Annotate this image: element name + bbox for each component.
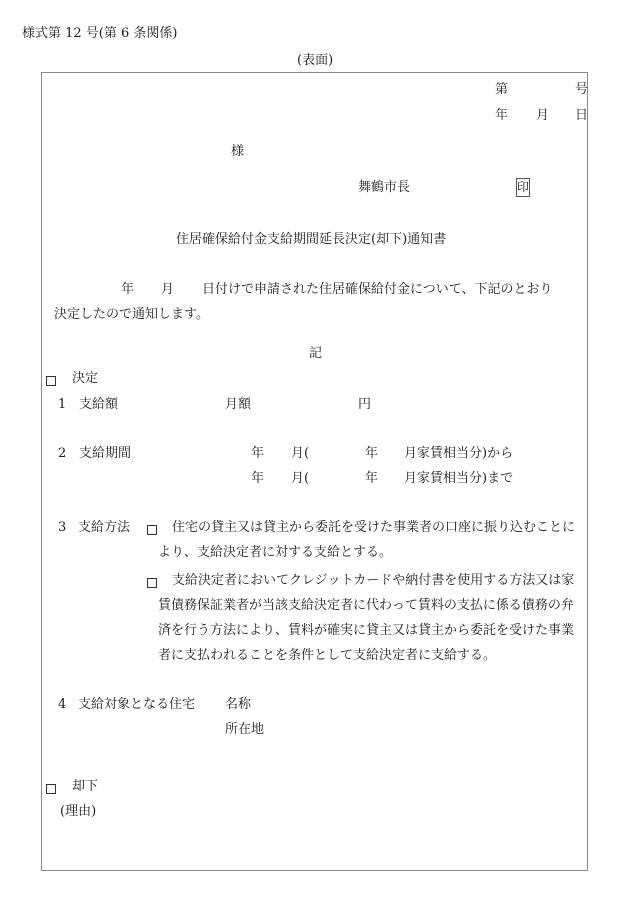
housing-name-label: 名称 — [225, 697, 251, 713]
form-number: 様式第 12 号(第 6 条関係) — [22, 26, 178, 42]
method-option-1-line-1: 住宅の貸主又は貸主から委託を受けた事業者の口座に振り込むことに — [172, 520, 575, 536]
period-from-month: 月( — [291, 446, 309, 462]
body-line1: 日付けで申請された住居確保給付金について、下記のとおり — [202, 282, 552, 298]
item-3-number: 3 — [58, 520, 66, 536]
record-heading: 記 — [309, 346, 322, 362]
checkbox-icon — [147, 578, 157, 588]
item-3-label: 支給方法 — [78, 520, 130, 536]
method-option-2-line-4: 者に支払われることを条件として支給決定者に支給する。 — [158, 648, 496, 664]
method-option-2-checkbox[interactable] — [147, 576, 157, 591]
item-4-label: 支給対象となる住宅 — [78, 697, 195, 713]
method-option-1-line-2: より、支給決定者に対する支給とする。 — [158, 545, 392, 561]
item-2-label: 支給期間 — [79, 446, 131, 462]
amount-unit: 円 — [358, 397, 371, 413]
period-to-rent-rest: 月家賃相当分)まで — [404, 471, 513, 487]
method-option-2-line-3: 済を行う方法により、賃料が確実に貸主又は貸主から委託を受けた事業 — [158, 623, 574, 639]
issuer-name: 舞鶴市長 — [358, 180, 410, 196]
period-to-rent-year: 年 — [365, 471, 378, 487]
method-option-1-checkbox[interactable] — [147, 523, 157, 538]
side-label: (表面) — [297, 53, 333, 69]
housing-address-label: 所在地 — [225, 722, 264, 738]
body-line2: 決定したので通知します。 — [54, 307, 209, 323]
doc-number-suffix: 号 — [575, 82, 588, 98]
doc-number-prefix: 第 — [495, 82, 508, 98]
period-to-year: 年 — [251, 471, 264, 487]
rejection-checkbox[interactable] — [46, 782, 56, 797]
decision-checkbox[interactable] — [46, 374, 56, 389]
method-option-2-line-1: 支給決定者においてクレジットカードや納付書を使用する方法又は家 — [172, 573, 574, 589]
item-1-label: 支給額 — [79, 397, 118, 413]
period-from-rent-year: 年 — [365, 446, 378, 462]
date-year: 年 — [495, 108, 508, 124]
seal-mark: 印 — [516, 178, 530, 197]
rejection-label: 却下 — [72, 779, 98, 795]
period-to-month: 月( — [291, 471, 309, 487]
amount-monthly-label: 月額 — [225, 397, 251, 413]
period-from-rent-rest: 月家賃相当分)から — [404, 446, 513, 462]
date-month: 月 — [536, 108, 549, 124]
item-4-number: 4 — [58, 697, 66, 713]
rejection-reason-label: (理由) — [60, 804, 96, 820]
checkbox-icon — [46, 784, 56, 794]
decision-label: 決定 — [72, 371, 98, 387]
checkbox-icon — [46, 376, 56, 386]
item-1-number: 1 — [58, 397, 66, 413]
method-option-2-line-2: 賃債務保証業者が当該支給決定者に代わって賃料の支払に係る債務の弁 — [158, 598, 574, 614]
checkbox-icon — [147, 525, 157, 535]
body-year: 年 — [121, 282, 134, 298]
document-title: 住居確保給付金支給期間延長決定(却下)通知書 — [176, 232, 446, 248]
addressee-honorific: 様 — [231, 144, 244, 160]
item-2-number: 2 — [58, 446, 66, 462]
period-from-year: 年 — [251, 446, 264, 462]
body-month: 月 — [161, 282, 174, 298]
date-day: 日 — [575, 108, 588, 124]
